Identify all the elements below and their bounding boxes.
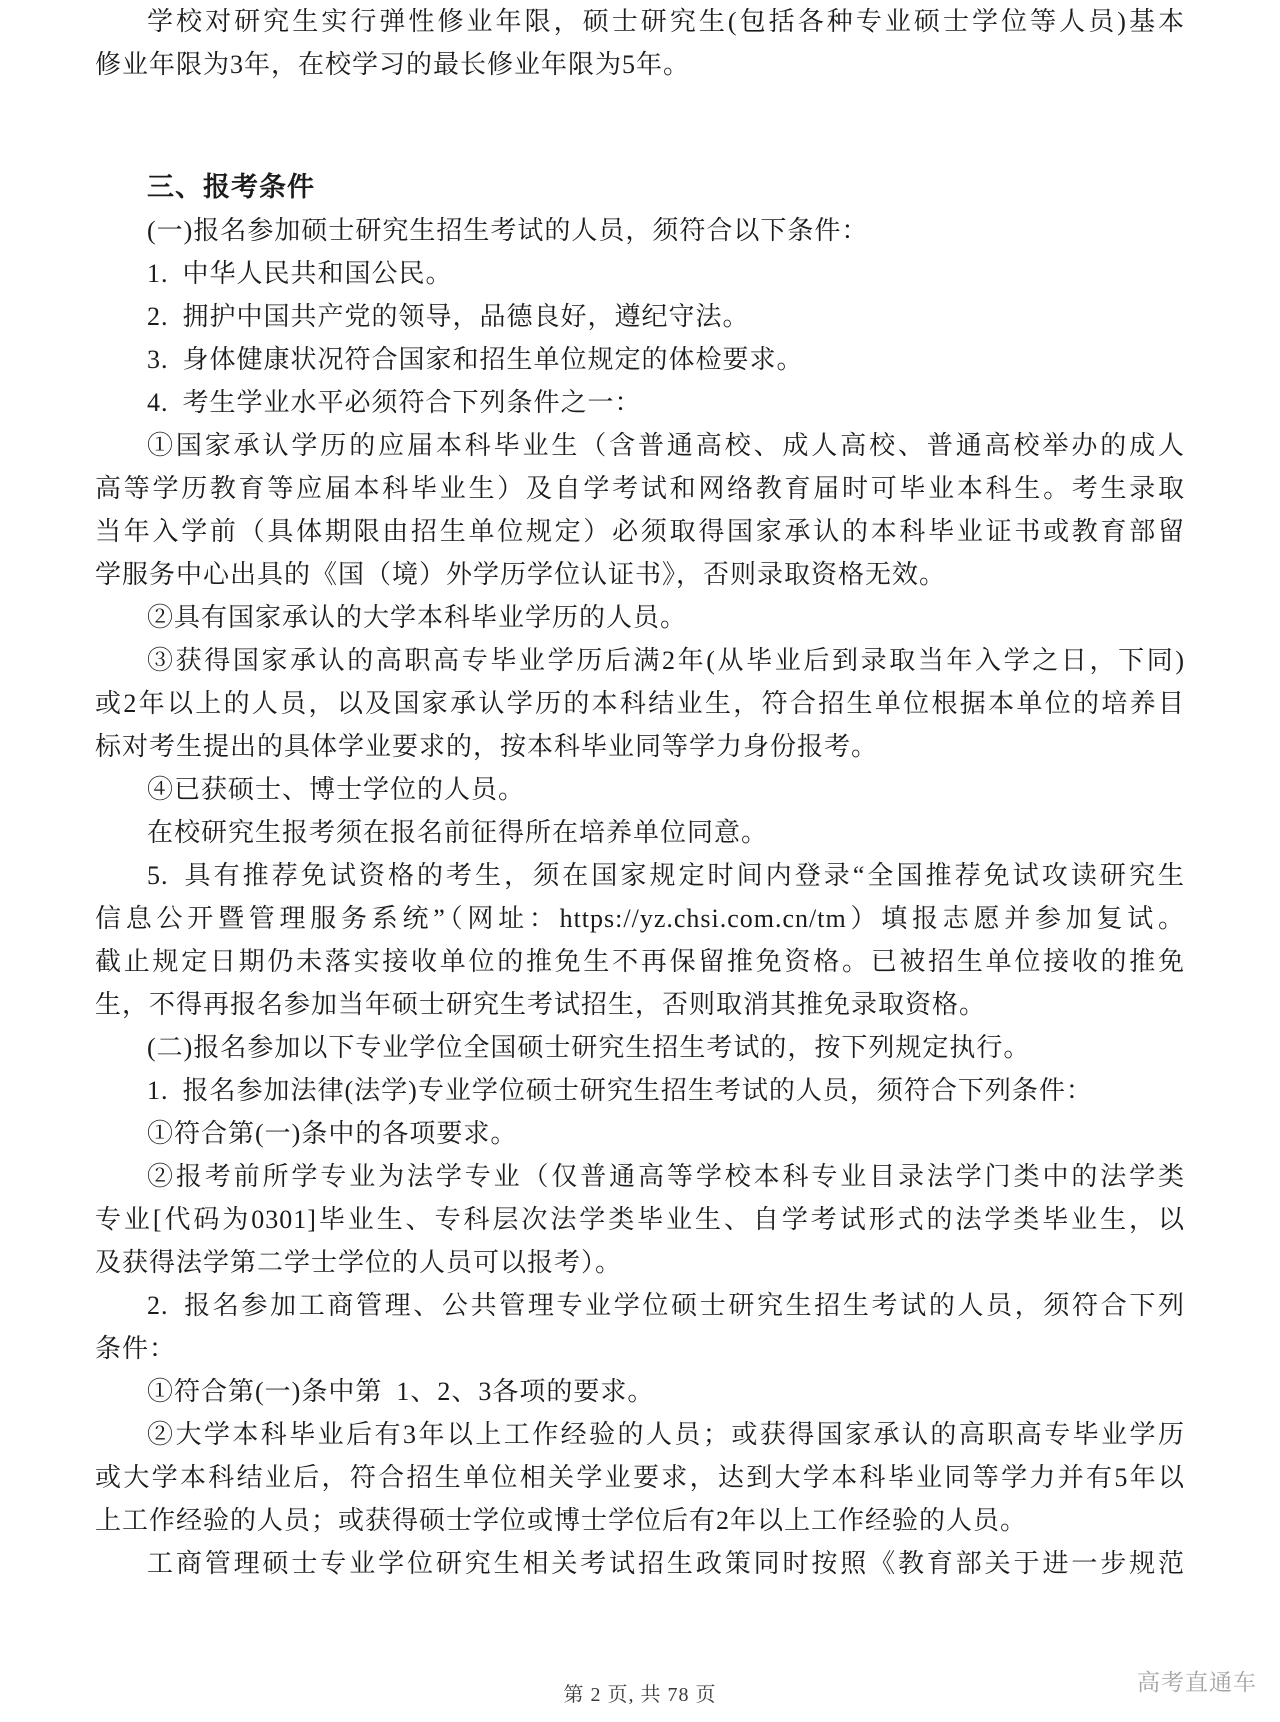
text-line: 当年入学前（具体期限由招生单位规定）必须取得国家承认的本科毕业证书或教育部留 bbox=[95, 510, 1185, 553]
text-line: ④已获硕士、博士学位的人员。 bbox=[95, 768, 1185, 811]
text-line: 专业[代码为0301]毕业生、专科层次法学类毕业生、自学考试形式的法学类毕业生，… bbox=[95, 1198, 1185, 1241]
text-line: ①符合第(一)条中第 1、2、3各项的要求。 bbox=[95, 1370, 1185, 1413]
text-line: 学服务中心出具的《国（境）外学历学位认证书》，否则录取资格无效。 bbox=[95, 553, 1185, 596]
text-line: 5. 具有推荐免试资格的考生，须在国家规定时间内登录“全国推荐免试攻读研究生 bbox=[95, 854, 1185, 897]
document-body: 学校对研究生实行弹性修业年限，硕士研究生(包括各种专业硕士学位等人员)基本修业年… bbox=[95, 0, 1185, 1585]
paragraph: 工商管理硕士专业学位研究生相关考试招生政策同时按照《教育部关于进一步规范 bbox=[95, 1542, 1185, 1585]
paragraph: ①国家承认学历的应届本科毕业生（含普通高校、成人高校、普通高校举办的成人高等学历… bbox=[95, 424, 1185, 596]
paragraph: 1. 中华人民共和国公民。 bbox=[95, 252, 1185, 295]
text-line: 2. 报名参加工商管理、公共管理专业学位硕士研究生招生考试的人员，须符合下列 bbox=[95, 1284, 1185, 1327]
text-line: 3. 身体健康状况符合国家和招生单位规定的体检要求。 bbox=[95, 338, 1185, 381]
text-line: ①国家承认学历的应届本科毕业生（含普通高校、成人高校、普通高校举办的成人 bbox=[95, 424, 1185, 467]
paragraph: ①符合第(一)条中的各项要求。 bbox=[95, 1112, 1185, 1155]
text-line: 学校对研究生实行弹性修业年限，硕士研究生(包括各种专业硕士学位等人员)基本 bbox=[95, 0, 1185, 43]
text-line: 上工作经验的人员；或获得硕士学位或博士学位后有2年以上工作经验的人员。 bbox=[95, 1499, 1185, 1542]
paragraph: 5. 具有推荐免试资格的考生，须在国家规定时间内登录“全国推荐免试攻读研究生信息… bbox=[95, 854, 1185, 1026]
text-line: 或大学本科结业后，符合招生单位相关学业要求，达到大学本科毕业同等学力并有5年以 bbox=[95, 1456, 1185, 1499]
text-line: ③获得国家承认的高职高专毕业学历后满2年(从毕业后到录取当年入学之日，下同) bbox=[95, 639, 1185, 682]
text-line: 高等学历教育等应届本科毕业生）及自学考试和网络教育届时可毕业本科生。考生录取 bbox=[95, 467, 1185, 510]
text-line: 条件： bbox=[95, 1327, 1185, 1370]
text-line: (二)报名参加以下专业学位全国硕士研究生招生考试的，按下列规定执行。 bbox=[95, 1026, 1185, 1069]
paragraph: ③获得国家承认的高职高专毕业学历后满2年(从毕业后到录取当年入学之日，下同)或2… bbox=[95, 639, 1185, 768]
paragraph: (二)报名参加以下专业学位全国硕士研究生招生考试的，按下列规定执行。 bbox=[95, 1026, 1185, 1069]
text-line: ②报考前所学专业为法学专业（仅普通高等学校本科专业目录法学门类中的法学类 bbox=[95, 1155, 1185, 1198]
text-line: 工商管理硕士专业学位研究生相关考试招生政策同时按照《教育部关于进一步规范 bbox=[95, 1542, 1185, 1585]
text-line: 4. 考生学业水平必须符合下列条件之一： bbox=[95, 381, 1185, 424]
text-line: 及获得法学第二学士学位的人员可以报考）。 bbox=[95, 1241, 1185, 1284]
text-line: ②大学本科毕业后有3年以上工作经验的人员；或获得国家承认的高职高专毕业学历 bbox=[95, 1413, 1185, 1456]
paragraph: 2. 报名参加工商管理、公共管理专业学位硕士研究生招生考试的人员，须符合下列条件… bbox=[95, 1284, 1185, 1370]
text-line: 2. 拥护中国共产党的领导，品德良好，遵纪守法。 bbox=[95, 295, 1185, 338]
text-line: (一)报名参加硕士研究生招生考试的人员，须符合以下条件： bbox=[95, 209, 1185, 252]
document-page: 学校对研究生实行弹性修业年限，硕士研究生(包括各种专业硕士学位等人员)基本修业年… bbox=[0, 0, 1280, 1722]
paragraph: ②大学本科毕业后有3年以上工作经验的人员；或获得国家承认的高职高专毕业学历或大学… bbox=[95, 1413, 1185, 1542]
footer-page-number: 第 2 页, 共 78 页 bbox=[0, 1678, 1280, 1707]
paragraph: (一)报名参加硕士研究生招生考试的人员，须符合以下条件： bbox=[95, 209, 1185, 252]
section-heading: 三、报考条件 bbox=[95, 166, 1185, 209]
watermark-text: 高考直通车 bbox=[1137, 1664, 1257, 1697]
text-line: 截止规定日期仍未落实接收单位的推免生不再保留推免资格。已被招生单位接收的推免 bbox=[95, 940, 1185, 983]
text-line: ①符合第(一)条中的各项要求。 bbox=[95, 1112, 1185, 1155]
text-line: ②具有国家承认的大学本科毕业学历的人员。 bbox=[95, 596, 1185, 639]
paragraph: 2. 拥护中国共产党的领导，品德良好，遵纪守法。 bbox=[95, 295, 1185, 338]
paragraph: ④已获硕士、博士学位的人员。 bbox=[95, 768, 1185, 811]
text-line: 或2年以上的人员，以及国家承认学历的本科结业生，符合招生单位根据本单位的培养目 bbox=[95, 682, 1185, 725]
text-line: 1. 报名参加法律(法学)专业学位硕士研究生招生考试的人员，须符合下列条件： bbox=[95, 1069, 1185, 1112]
text-line: 标对考生提出的具体学业要求的，按本科毕业同等学力身份报考。 bbox=[95, 725, 1185, 768]
text-line: 生，不得再报名参加当年硕士研究生考试招生，否则取消其推免录取资格。 bbox=[95, 983, 1185, 1026]
paragraph: 4. 考生学业水平必须符合下列条件之一： bbox=[95, 381, 1185, 424]
paragraph: 1. 报名参加法律(法学)专业学位硕士研究生招生考试的人员，须符合下列条件： bbox=[95, 1069, 1185, 1112]
text-line: 三、报考条件 bbox=[95, 166, 1185, 209]
text-line: 信息公开暨管理服务系统”（网址：https://yz.chsi.com.cn/t… bbox=[95, 897, 1185, 940]
paragraph: 在校研究生报考须在报名前征得所在培养单位同意。 bbox=[95, 811, 1185, 854]
text-line: 在校研究生报考须在报名前征得所在培养单位同意。 bbox=[95, 811, 1185, 854]
paragraph: 学校对研究生实行弹性修业年限，硕士研究生(包括各种专业硕士学位等人员)基本修业年… bbox=[95, 0, 1185, 86]
paragraph: 3. 身体健康状况符合国家和招生单位规定的体检要求。 bbox=[95, 338, 1185, 381]
paragraph: ②具有国家承认的大学本科毕业学历的人员。 bbox=[95, 596, 1185, 639]
text-line: 1. 中华人民共和国公民。 bbox=[95, 252, 1185, 295]
paragraph: ①符合第(一)条中第 1、2、3各项的要求。 bbox=[95, 1370, 1185, 1413]
text-line: 修业年限为3年，在校学习的最长修业年限为5年。 bbox=[95, 43, 1185, 86]
paragraph: ②报考前所学专业为法学专业（仅普通高等学校本科专业目录法学门类中的法学类专业[代… bbox=[95, 1155, 1185, 1284]
